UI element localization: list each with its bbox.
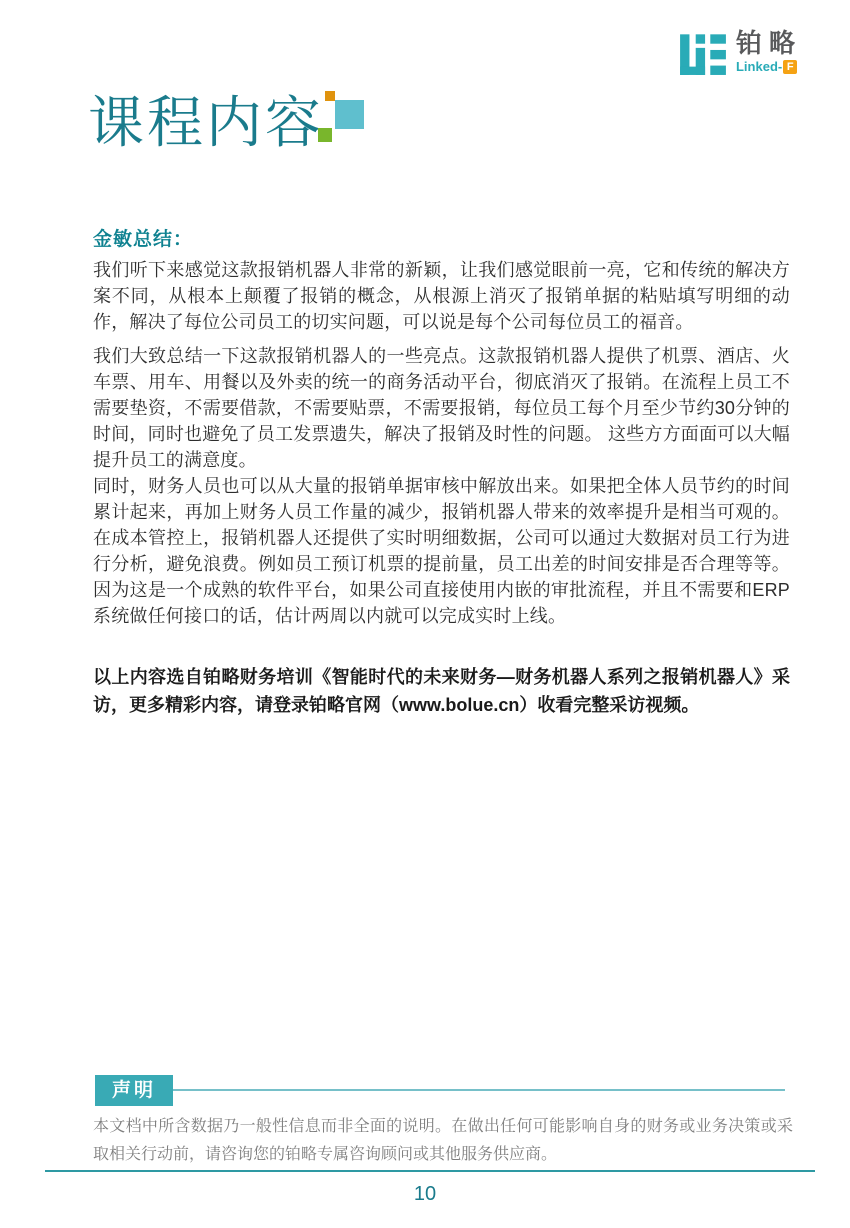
brand-name-cn: 铂略 (736, 29, 802, 57)
brand-logo-text: 铂略 Linked- F (736, 25, 802, 74)
paragraph-summary-1: 我们听下来感觉这款报销机器人非常的新颖，让我们感觉眼前一亮，它和传统的解决方案不… (93, 257, 790, 335)
disclaimer-divider (173, 1089, 785, 1091)
document-page: 铂略 Linked- F 课程内容 金敏总结： 我们听下来感觉这款报销机器人非常… (0, 0, 850, 1228)
decor-square-green-icon (318, 128, 332, 142)
paragraph-summary-2: 我们大致总结一下这款报销机器人的一些亮点。这款报销机器人提供了机票、酒店、火车票… (93, 343, 790, 473)
course-source-note: 以上内容选自铂略财务培训《智能时代的未来财务—财务机器人系列之报销机器人》采访，… (93, 663, 790, 719)
brand-logo: 铂略 Linked- F (678, 25, 802, 77)
page-number: 10 (0, 1183, 850, 1206)
page-title: 课程内容 (88, 92, 324, 156)
brand-name-en-text: Linked- (736, 59, 782, 74)
decor-square-teal-icon (335, 100, 364, 129)
disclaimer-text: 本文档中所含数据乃一般性信息而非全面的说明。在做出任何可能影响自身的财务或业务决… (93, 1113, 793, 1169)
brand-name-en: Linked- F (736, 59, 802, 74)
decor-square-orange-icon (325, 91, 335, 101)
summary-heading: 金敏总结： (93, 224, 790, 251)
brand-f-badge: F (783, 60, 797, 74)
footer-divider (45, 1170, 815, 1172)
paragraph-summary-3: 同时，财务人员也可以从大量的报销单据审核中解放出来。如果把全体人员节约的时间累计… (93, 473, 790, 629)
disclaimer-badge: 声明 (95, 1075, 173, 1106)
linked-f-logo-icon (678, 25, 728, 77)
